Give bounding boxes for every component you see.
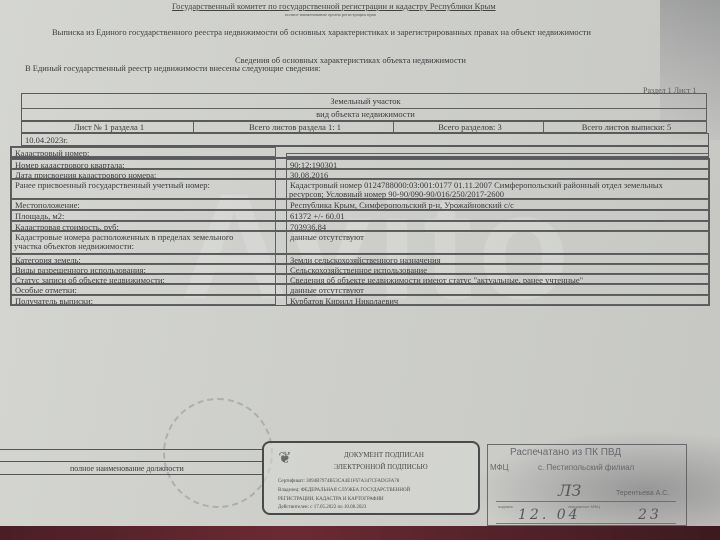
total-sections: Всего разделов: 3: [394, 122, 544, 133]
esign-validity: Действителен: с 17.05.2022 по 10.08.2023: [278, 505, 366, 510]
esign-owner-1: Владелец: ФЕДЕРАЛЬНАЯ СЛУЖБА ГОСУДАРСТВЕ…: [278, 488, 410, 493]
eagle-emblem-icon: ❦: [274, 446, 296, 472]
object-type-caption: вид объекта недвижимости: [22, 108, 706, 119]
object-type-block: Земельный участок вид объекта недвижимос…: [21, 93, 707, 121]
esign-certificate: Сертификат: 3094B7974B53CA4E1F67A347CFAD…: [278, 479, 399, 484]
object-type: Земельный участок: [22, 96, 706, 106]
document-title: Выписка из Единого государственного реес…: [52, 27, 591, 37]
position-caption: полное наименование должности: [70, 464, 184, 473]
esign-title: ДОКУМЕНТ ПОДПИСАН: [344, 451, 424, 459]
row-label-cont: участка объектов недвижимости:: [11, 241, 276, 251]
table-surface: [0, 526, 720, 540]
electronic-signature-stamp: ❦ ДОКУМЕНТ ПОДПИСАН ЭЛЕКТРОННОЙ ПОДПИСЬЮ…: [262, 441, 480, 515]
row-value: 90:12:190301:889: [286, 153, 709, 157]
sheet-info-row: Лист № 1 раздела 1 Всего листов раздела …: [21, 121, 707, 133]
round-seal: [163, 398, 273, 508]
table-row: Кадастровые номера расположенных в преде…: [10, 230, 710, 255]
row-label: Кадастровый номер:: [11, 147, 276, 157]
extract-date: 10.04.2023г.: [22, 135, 222, 145]
organization-caption: полное наименование органа регистрации п…: [285, 12, 376, 17]
row-label: Ранее присвоенный государственный учетны…: [11, 179, 276, 199]
row-value: Курбатов Кирилл Николаевич: [286, 295, 709, 305]
total-sheets-section: Всего листов раздела 1: 1: [194, 122, 394, 133]
organization-name: Государственный комитет по государственн…: [172, 1, 496, 11]
table-row: Ранее присвоенный государственный учетны…: [10, 178, 710, 200]
sheet-number: Лист № 1 раздела 1: [22, 122, 194, 133]
row-label: Получатель выписки:: [11, 295, 276, 305]
esign-subtitle: ЭЛЕКТРОННОЙ ПОДПИСЬЮ: [334, 463, 428, 471]
date-row: 10.04.2023г.: [21, 133, 709, 146]
document-paper: Avito Государственный комитет по государ…: [0, 0, 720, 530]
table-row: Получатель выписки:Курбатов Кирилл Никол…: [10, 294, 710, 306]
total-sheets-extract: Всего листов выписки: 5: [544, 122, 706, 133]
table-row: Кадастровый номер:90:12:190301:889: [10, 146, 709, 158]
row-value: данные отсутствуют: [286, 231, 709, 254]
intro-text: В Единый государственный реестр недвижим…: [25, 63, 321, 73]
esign-owner-2: РЕГИСТРАЦИИ, КАДАСТРА И КАРТОГРАФИИ: [278, 497, 384, 502]
